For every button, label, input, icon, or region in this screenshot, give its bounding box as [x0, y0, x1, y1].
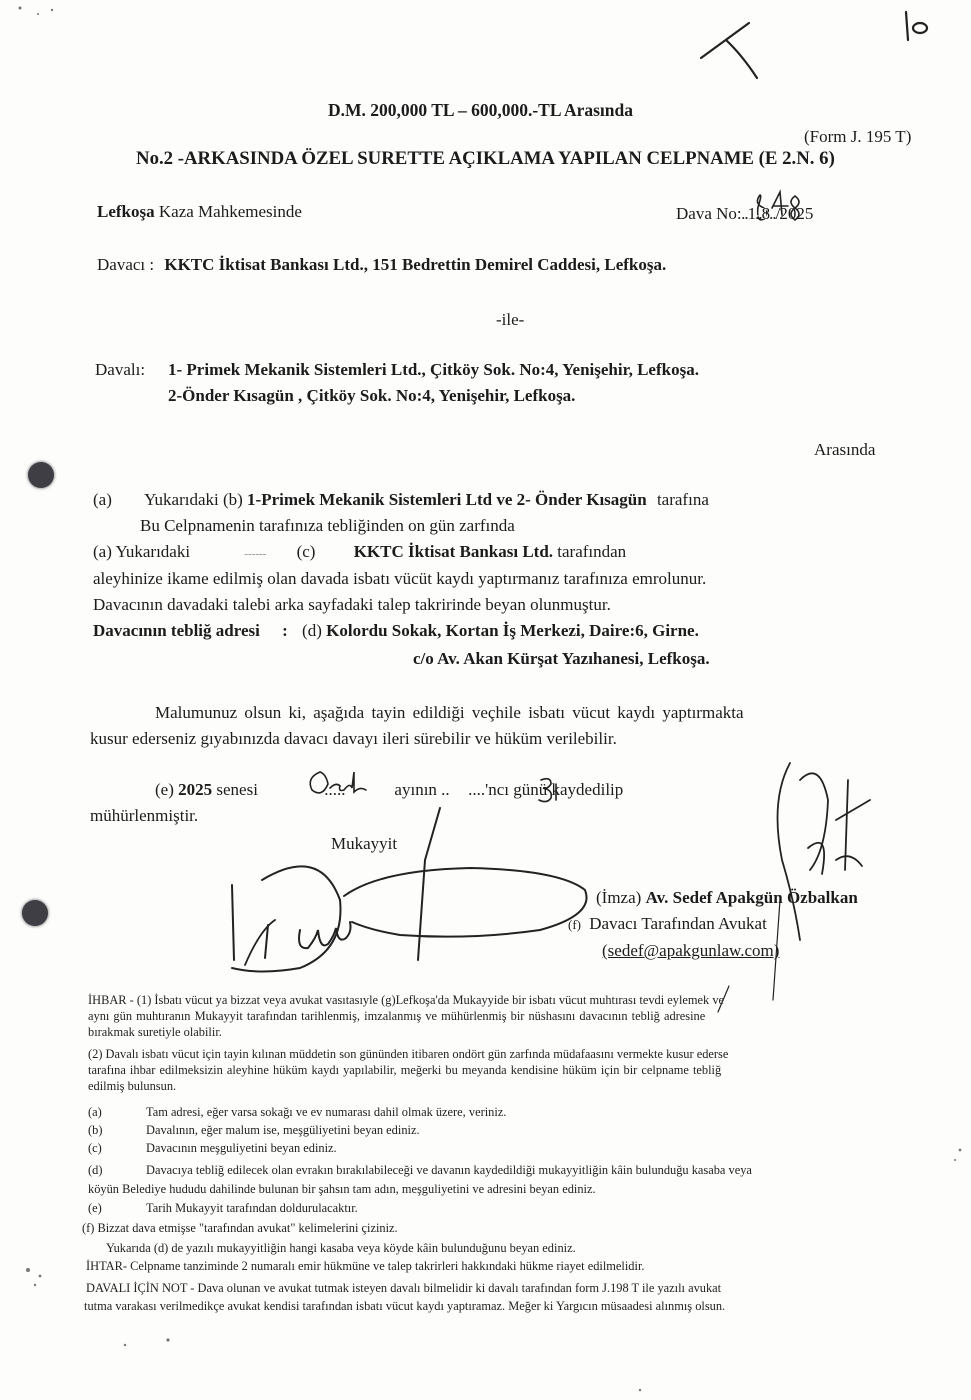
registration-year: 2025	[178, 780, 212, 799]
imza-label: (İmza)	[596, 888, 646, 907]
fine-item-c-key: (c)	[88, 1140, 146, 1156]
body-line-3-a: (a) Yukarıdaki	[93, 542, 190, 561]
lawyer-email[interactable]: (sedef@apakgunlaw.com)	[602, 941, 779, 961]
month-field: Ocak.....	[262, 780, 390, 800]
case-year: 2025	[779, 204, 813, 223]
case-number: Dava No:848..1..8../2025	[676, 204, 813, 224]
registrar-label: Mukayyit	[331, 834, 397, 854]
fine-item-c: (c)Davacının meşguliyetini beyan ediniz.	[88, 1140, 337, 1156]
ihtar-note: İHTAR- Celpname tanziminde 2 numaralı em…	[86, 1258, 644, 1274]
ihbar-1-line-3: bırakmak suretiyle olabilir.	[88, 1024, 222, 1040]
defendant-1: 1- Primek Mekanik Sistemleri Ltd., Çitkö…	[168, 360, 699, 380]
fine-item-c-text: Davacının meşguliyetini beyan ediniz.	[146, 1141, 337, 1155]
body-line-3: (a) Yukarıdaki ------ (c) KKTC İktisat B…	[93, 542, 626, 562]
fine-item-b: (b)Davalının, eğer malum ise, meşgüliyet…	[88, 1122, 420, 1138]
address-line-1: Davacının tebliğ adresi : (d) Kolordu So…	[93, 621, 699, 641]
lawyer-signature-line: (İmza) Av. Sedef Apakgün Özbalkan	[596, 888, 858, 908]
lawyer-name: Av. Sedef Apakgün Özbalkan	[646, 888, 858, 907]
body-line-2: Bu Celpnamenin tarafınıza tebliğinden on…	[140, 516, 515, 536]
defendants-label: Davalı:	[95, 360, 145, 380]
separator-ile: -ile-	[496, 310, 524, 330]
fine-item-b-key: (b)	[88, 1122, 146, 1138]
fine-item-e-text: Tarih Mukayyit tarafından doldurulacaktı…	[146, 1201, 358, 1215]
ihbar-2-line-2: tarafına ihbar edilmeksizin aleyhine hük…	[88, 1062, 721, 1078]
body-line-4: aleyhinize ikame edilmiş olan davada isb…	[93, 569, 706, 589]
plaintiff-line: Davacı : KKTC İktisat Bankası Ltd., 151 …	[97, 255, 666, 275]
punch-hole-bottom	[22, 900, 48, 926]
ihbar-2-line-1: (2) Davalı isbatı vücut için tayin kılın…	[88, 1046, 728, 1062]
registration-day-suffix: ....'ncı günü kaydedilip	[468, 780, 623, 799]
document-title: No.2 -ARKASINDA ÖZEL SURETTE AÇIKLAMA YA…	[136, 148, 835, 170]
marker-a: (a)	[93, 490, 112, 509]
month-handwritten: Ocak	[262, 795, 264, 796]
fine-item-a: (a)Tam adresi, eğer varsa sokağı ve ev n…	[88, 1104, 506, 1120]
address-value-1: Kolordu Sokak, Kortan İş Merkezi, Daire:…	[326, 621, 699, 640]
body-line-1: (a) Yukarıdaki (b) 1-Primek Mekanik Sist…	[93, 490, 709, 510]
lawyer-role-line: (f) Davacı Tarafından Avukat	[568, 914, 767, 934]
body-line-3-post: tarafından	[553, 542, 626, 561]
marker-f: (f)	[568, 917, 581, 932]
ihbar-1-line-2: aynı gün muhtıranın Mukayyit tarafından …	[88, 1008, 705, 1024]
form-reference: (Form J. 195 T)	[804, 127, 911, 147]
defendant-note-line-2: tutma varakası verilmedikçe avukat kendi…	[84, 1298, 725, 1314]
fine-item-d-text: Davacıya tebliğ edilecek olan evrakın bı…	[146, 1163, 752, 1177]
between-label: Arasında	[814, 440, 875, 460]
fine-item-f: (f) Bizzat dava etmişse "tarafından avuk…	[82, 1220, 398, 1236]
registration-ayinin: ayının ..	[394, 780, 449, 799]
plaintiff-bold: KKTC İktisat Bankası Ltd.	[354, 542, 553, 561]
fine-item-a-text: Tam adresi, eğer varsa sokağı ve ev numa…	[146, 1105, 506, 1119]
fine-item-d-key: (d)	[88, 1162, 146, 1178]
address-colon: :	[282, 621, 288, 640]
month-dots: .....	[324, 780, 345, 799]
ihbar-1-line-1: İHBAR - (1) İsbatı vücut ya bizzat veya …	[88, 992, 724, 1008]
fine-item-a-key: (a)	[88, 1104, 146, 1120]
punch-hole-top	[28, 462, 54, 488]
body-line-3-dash: ------	[244, 548, 266, 560]
plaintiff-label: Davacı :	[97, 255, 154, 274]
note-d: Yukarıda (d) de yazılı mukayyitliğin han…	[106, 1240, 576, 1256]
case-label: Dava No:	[676, 204, 742, 223]
address-label: Davacının tebliğ adresi	[93, 621, 260, 640]
body-line-5: Davacının davadaki talebi arka sayfadaki…	[93, 595, 611, 615]
court-rest: Kaza Mahkemesinde	[155, 202, 302, 221]
lawyer-role: Davacı Tarafından Avukat	[589, 914, 767, 933]
court-city: Lefkoşa	[97, 202, 155, 221]
marker-d: (d)	[302, 621, 326, 640]
case-dots: ..1..8../	[741, 204, 779, 223]
address-value-2: c/o Av. Akan Kürşat Yazıhanesi, Lefkoşa.	[413, 649, 710, 669]
day-handwritten: 3	[450, 795, 451, 796]
fine-item-d-continued: köyün Belediye hududu dahilinde bulunan …	[88, 1181, 596, 1197]
value-range-heading: D.M. 200,000 TL – 600,000.-TL Arasında	[328, 100, 633, 121]
ihbar-2-line-3: edilmiş bulunsun.	[88, 1078, 176, 1094]
registration-senesi: senesi	[212, 780, 258, 799]
fine-item-d: (d)Davacıya tebliğ edilecek olan evrakın…	[88, 1162, 752, 1178]
defendant-note-line-1: DAVALI İÇİN NOT - Dava olunan ve avukat …	[86, 1280, 721, 1296]
registration-line-2: mühürlenmiştir.	[90, 806, 198, 826]
marker-e: (e)	[155, 780, 178, 799]
notice-line-2: kusur ederseniz gıyabınızda davacı davay…	[90, 729, 617, 749]
body-line-1-post: tarafına	[657, 490, 709, 509]
notice-line-1: Malumunuz olsun ki, aşağıda tayin edildi…	[155, 703, 744, 723]
defendant-2: 2-Önder Kısagün , Çitköy Sok. No:4, Yeni…	[168, 386, 575, 406]
body-line-1-pre: Yukarıdaki (b)	[144, 490, 247, 509]
marker-c: (c)	[297, 542, 316, 561]
registration-line: (e) 2025 senesi Ocak..... ayının ..3....…	[155, 780, 623, 800]
fine-item-e-key: (e)	[88, 1200, 146, 1216]
fine-item-b-text: Davalının, eğer malum ise, meşgüliyetini…	[146, 1123, 420, 1137]
defendants-bold: 1-Primek Mekanik Sistemleri Ltd ve 2- Ön…	[247, 490, 647, 509]
plaintiff-value: KKTC İktisat Bankası Ltd., 151 Bedrettin…	[164, 255, 666, 274]
scanned-summons-page: D.M. 200,000 TL – 600,000.-TL Arasında (…	[0, 0, 971, 1400]
court-name: Lefkoşa Kaza Mahkemesinde	[97, 202, 302, 222]
fine-item-e: (e)Tarih Mukayyit tarafından doldurulaca…	[88, 1200, 358, 1216]
